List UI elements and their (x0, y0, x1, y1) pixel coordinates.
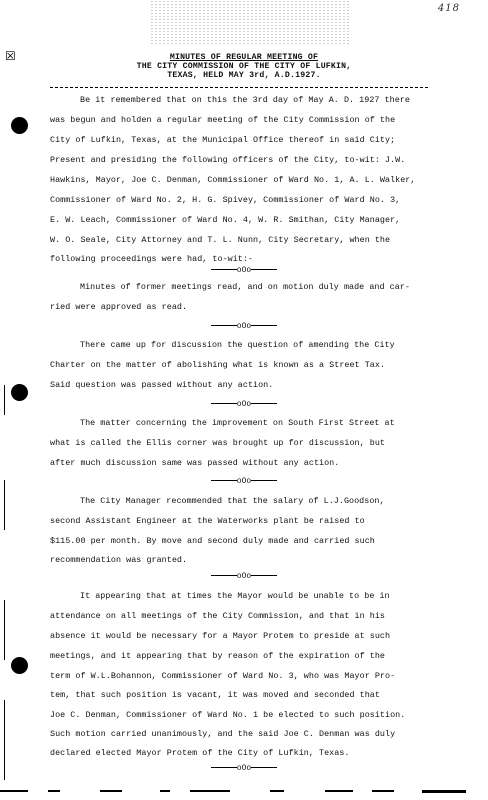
section-separator: oOo (0, 266, 488, 275)
binding-hole-icon (11, 657, 28, 674)
paragraph-line: attendance on all meetings of the City C… (50, 611, 385, 621)
section-separator: oOo (0, 477, 488, 486)
paragraph-line: recommendation was granted. (50, 555, 187, 565)
margin-scan-line (4, 480, 5, 530)
margin-scan-line (4, 600, 5, 660)
paragraph-line: ried were approved as read. (50, 302, 187, 312)
paragraph-line: following proceedings were had, to-wit:- (50, 254, 253, 264)
title-line-2: THE CITY COMMISSION OF THE CITY OF LUFKI… (0, 62, 488, 71)
paragraph-line: W. O. Seale, City Attorney and T. L. Nun… (50, 235, 390, 245)
page-number: 418 (438, 3, 460, 14)
title-line-3: TEXAS, HELD MAY 3rd, A.D.1927. (0, 71, 488, 80)
paragraph-line: Hawkins, Mayor, Joe C. Denman, Commissio… (50, 175, 415, 185)
paragraph-line: term of W.L.Bohannon, Commissioner of Wa… (50, 671, 395, 681)
paragraph-line: what is called the Ellis corner was brou… (50, 438, 385, 448)
paragraph-line: E. W. Leach, Commissioner of Ward No. 4,… (50, 215, 400, 225)
paragraph-line: meetings, and it appearing that by reaso… (50, 651, 385, 661)
paragraph-line: was begun and holden a regular meeting o… (50, 115, 395, 125)
paragraph-line: Minutes of former meetings read, and on … (80, 282, 410, 292)
binding-hole-icon (11, 117, 28, 134)
paragraph-line: Joe C. Denman, Commissioner of Ward No. … (50, 710, 405, 720)
section-separator: oOo (0, 572, 488, 581)
scanned-document-page: 418 ☒ MINUTES OF REGULAR MEETING OF THE … (0, 0, 488, 800)
paragraph-line: Said question was passed without any act… (50, 380, 273, 390)
paragraph-line: declared elected Mayor Protem of the Cit… (50, 748, 349, 758)
paragraph-line: absence it would be necessary for a Mayo… (50, 631, 390, 641)
header-divider (50, 87, 428, 88)
paragraph-line: The City Manager recommended that the sa… (80, 496, 385, 506)
paragraph-line: There came up for discussion the questio… (80, 340, 395, 350)
section-separator: oOo (0, 764, 488, 773)
paragraph-line: Commissioner of Ward No. 2, H. G. Spivey… (50, 195, 400, 205)
paragraph-line: after much discussion same was passed wi… (50, 458, 339, 468)
section-separator: oOo (0, 322, 488, 331)
paragraph-line: Such motion carried unanimously, and the… (50, 729, 395, 739)
paragraph-line: Be it remembered that on this the 3rd da… (80, 95, 410, 105)
paragraph-line: Present and presiding the following offi… (50, 155, 405, 165)
section-separator: oOo (0, 400, 488, 409)
scan-noise (150, 0, 350, 45)
title-line-1: MINUTES OF REGULAR MEETING OF (0, 53, 488, 62)
paragraph-line: $115.00 per month. By move and second du… (50, 536, 375, 546)
paragraph-line: It appearing that at times the Mayor wou… (80, 591, 390, 601)
paragraph-line: City of Lufkin, Texas, at the Municipal … (50, 135, 395, 145)
binding-hole-icon (11, 384, 28, 401)
scan-bottom-edge (0, 790, 488, 794)
paragraph-line: Charter on the matter of abolishing what… (50, 360, 385, 370)
paragraph-line: second Assistant Engineer at the Waterwo… (50, 516, 365, 526)
paragraph-line: The matter concerning the improvement on… (80, 418, 395, 428)
paragraph-line: tem, that such position is vacant, it wa… (50, 690, 380, 700)
document-title: MINUTES OF REGULAR MEETING OF THE CITY C… (0, 53, 488, 80)
